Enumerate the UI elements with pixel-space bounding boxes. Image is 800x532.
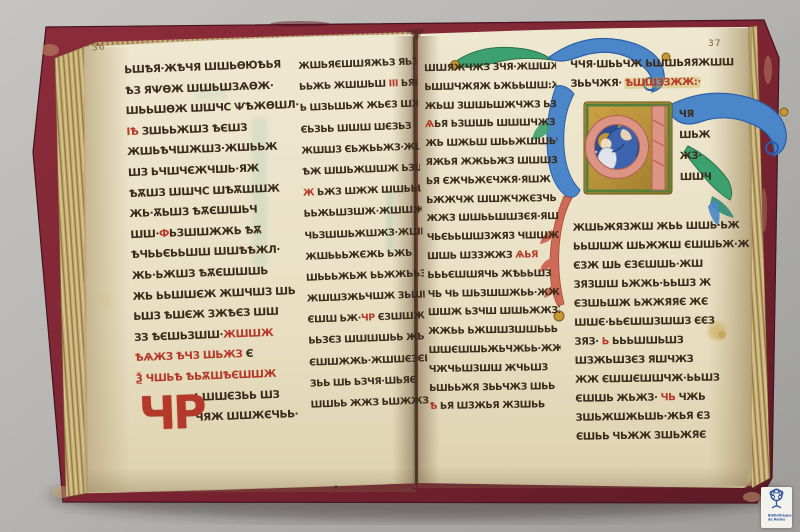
stamp-text-line1: Bibliothèque bbox=[768, 515, 785, 517]
book bbox=[0, 0, 800, 532]
photo-background: ЬШѢЯ·ЖѢЧЯ ШШЬѲЮѢЬЯѢЗ ЯѰѲЖ ШШЬШЗѦѲЖ·ШЬЬШѲ… bbox=[0, 0, 800, 532]
virgin-and-child-miniature bbox=[586, 116, 649, 179]
gold-ball bbox=[780, 108, 788, 116]
library-stamp: Bibliothèque de Reims bbox=[761, 487, 792, 528]
illuminated-initial-panel bbox=[584, 102, 672, 194]
stamp-text-line2: de Reims bbox=[768, 519, 785, 521]
gold-ball bbox=[554, 311, 564, 321]
gold-ball bbox=[662, 53, 670, 61]
stamp-tree-icon bbox=[761, 487, 792, 511]
gold-ball bbox=[451, 61, 460, 70]
left-page bbox=[84, 34, 416, 493]
